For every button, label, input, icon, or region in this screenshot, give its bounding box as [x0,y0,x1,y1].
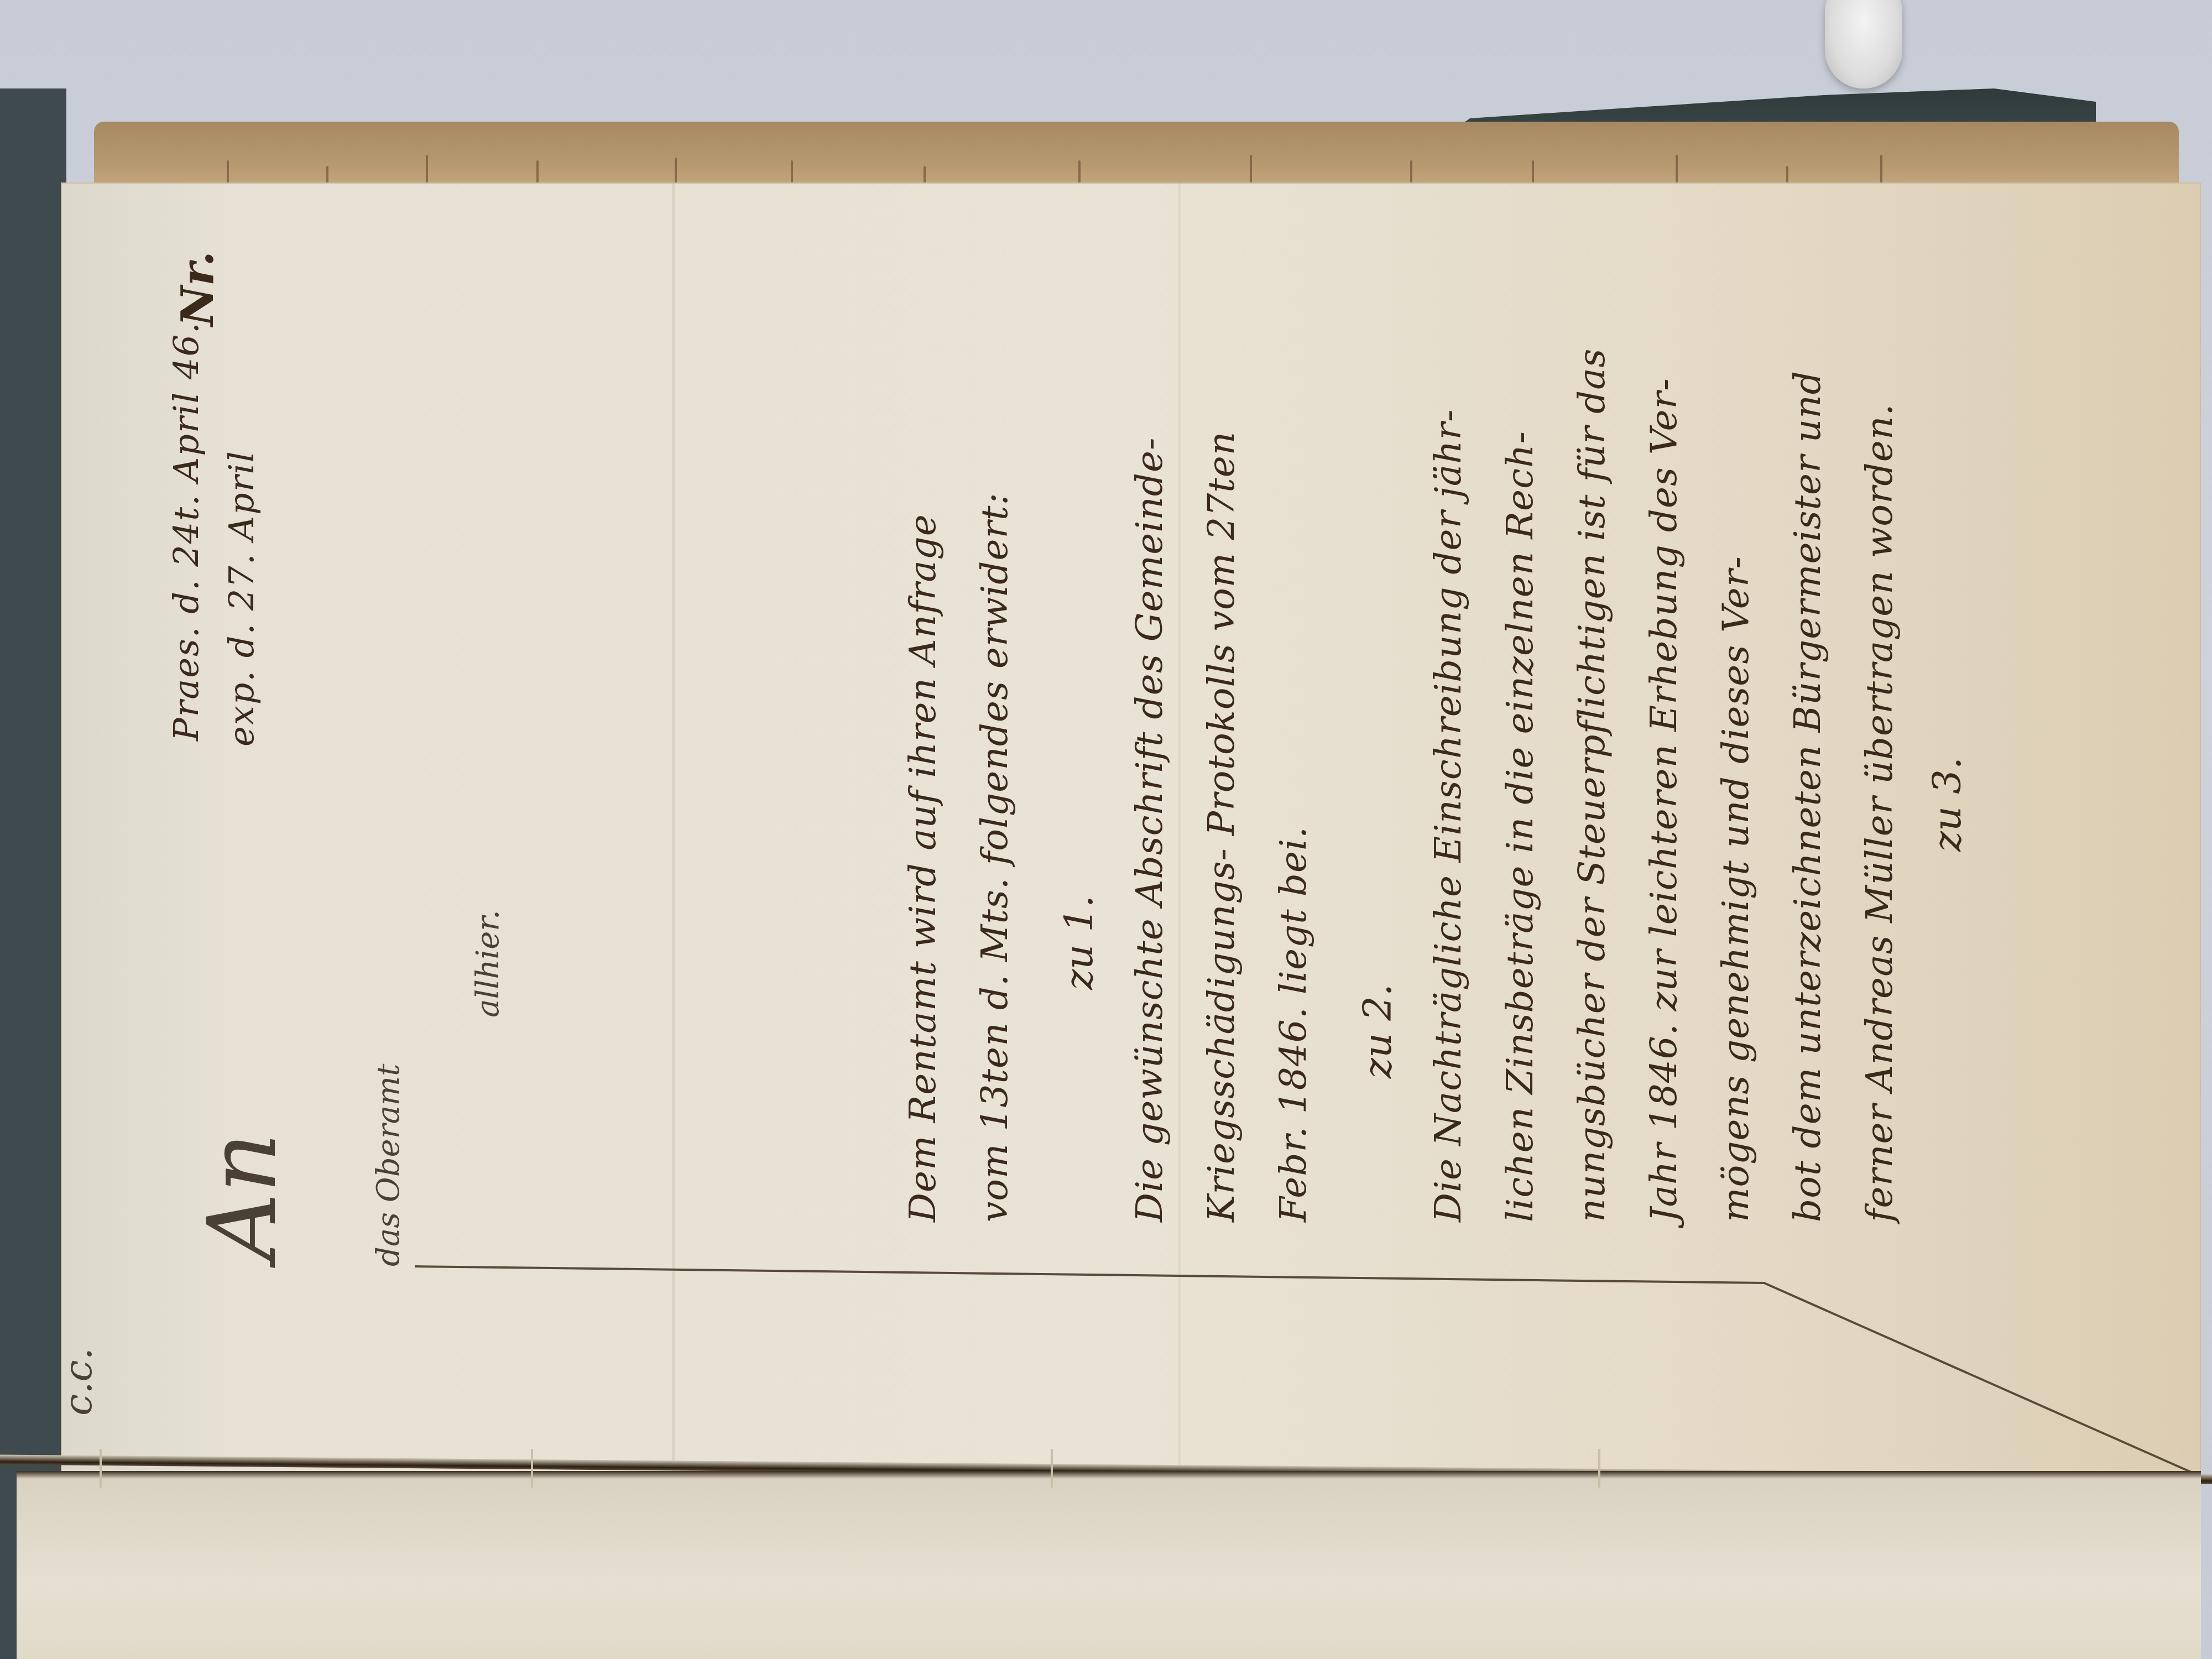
section-2-line: nungsbücher der Steuerpflichtigen ist fü… [1571,348,1613,1222]
section-1-line: Febr. 1846. liegt bei. [1272,826,1314,1222]
page-fold [1178,182,1181,1493]
page-fold [672,182,675,1493]
section-label-2: zu 2. [1355,984,1400,1078]
section-2-line: bot dem unterzeichneten Bürgermeister un… [1786,371,1829,1222]
section-2-line: Die Nachträgliche Einschreibung der jähr… [1427,409,1469,1222]
addressee-location: allhier. [470,910,506,1018]
section-label-3: zu 3. [1924,757,1970,852]
section-label-1: zu 1. [1056,895,1102,990]
dispatched-date: exp. d. 27. April [221,450,262,747]
corner-mark: c.c. [55,1348,101,1416]
addressee-recipient: das Oberamt [371,1064,406,1266]
section-1-line: Die gewünschte Abschrift des Gemeinde- [1128,437,1171,1222]
section-2-line: ferner Andreas Müller übertragen worden. [1858,404,1901,1222]
section-2-line: lichen Zinsbeträge in die einzelnen Rech… [1499,431,1541,1222]
addressee-prefix: An [188,1133,298,1261]
section-2-line: mögens genehmigt und dieses Ver- [1714,556,1757,1222]
number-label: Nr. [171,251,223,326]
next-leaf-page [17,1471,2201,1659]
binding-thread [1598,1449,1600,1488]
photo-scene: Praes. d. 24t. April 46. exp. d. 27. Apr… [0,0,2212,1659]
body-intro-line: Dem Rentamt wird auf ihren Anfrage [901,514,944,1222]
manuscript-page: Praes. d. 24t. April 46. exp. d. 27. Apr… [61,182,2201,1493]
section-1-line: Kriegsschädigungs- Protokolls vom 27ten [1200,431,1243,1222]
received-date: Praes. d. 24t. April 46. [166,321,206,741]
binding-thread [100,1449,102,1488]
cotton-glove [1825,0,1902,88]
binding-thread [531,1449,533,1488]
section-2-line: Jahr 1846. zur leichteren Erhebung des V… [1642,378,1685,1222]
binding-thread [1051,1449,1053,1488]
body-intro-line: vom 13ten d. Mts. folgendes erwidert: [973,492,1016,1222]
